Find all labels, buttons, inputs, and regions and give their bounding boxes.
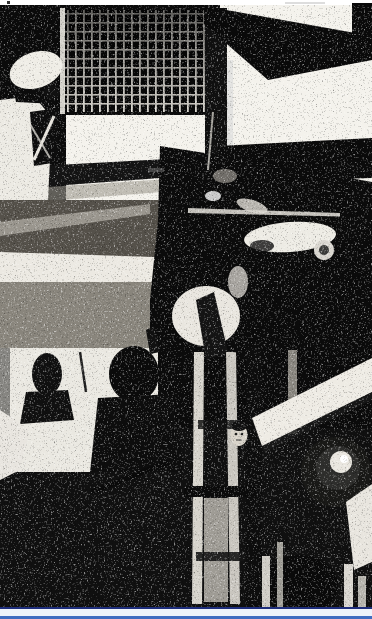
scan-smudge: [285, 2, 325, 4]
scan-speck: [7, 1, 10, 4]
film-grain-black: [0, 5, 372, 607]
screenshot-root: [0, 0, 372, 619]
border-light-band: [0, 609, 372, 616]
newspaper-photo: [0, 0, 372, 607]
newspaper-photo-svg: [0, 0, 372, 607]
window-bottom-border: [0, 607, 372, 619]
